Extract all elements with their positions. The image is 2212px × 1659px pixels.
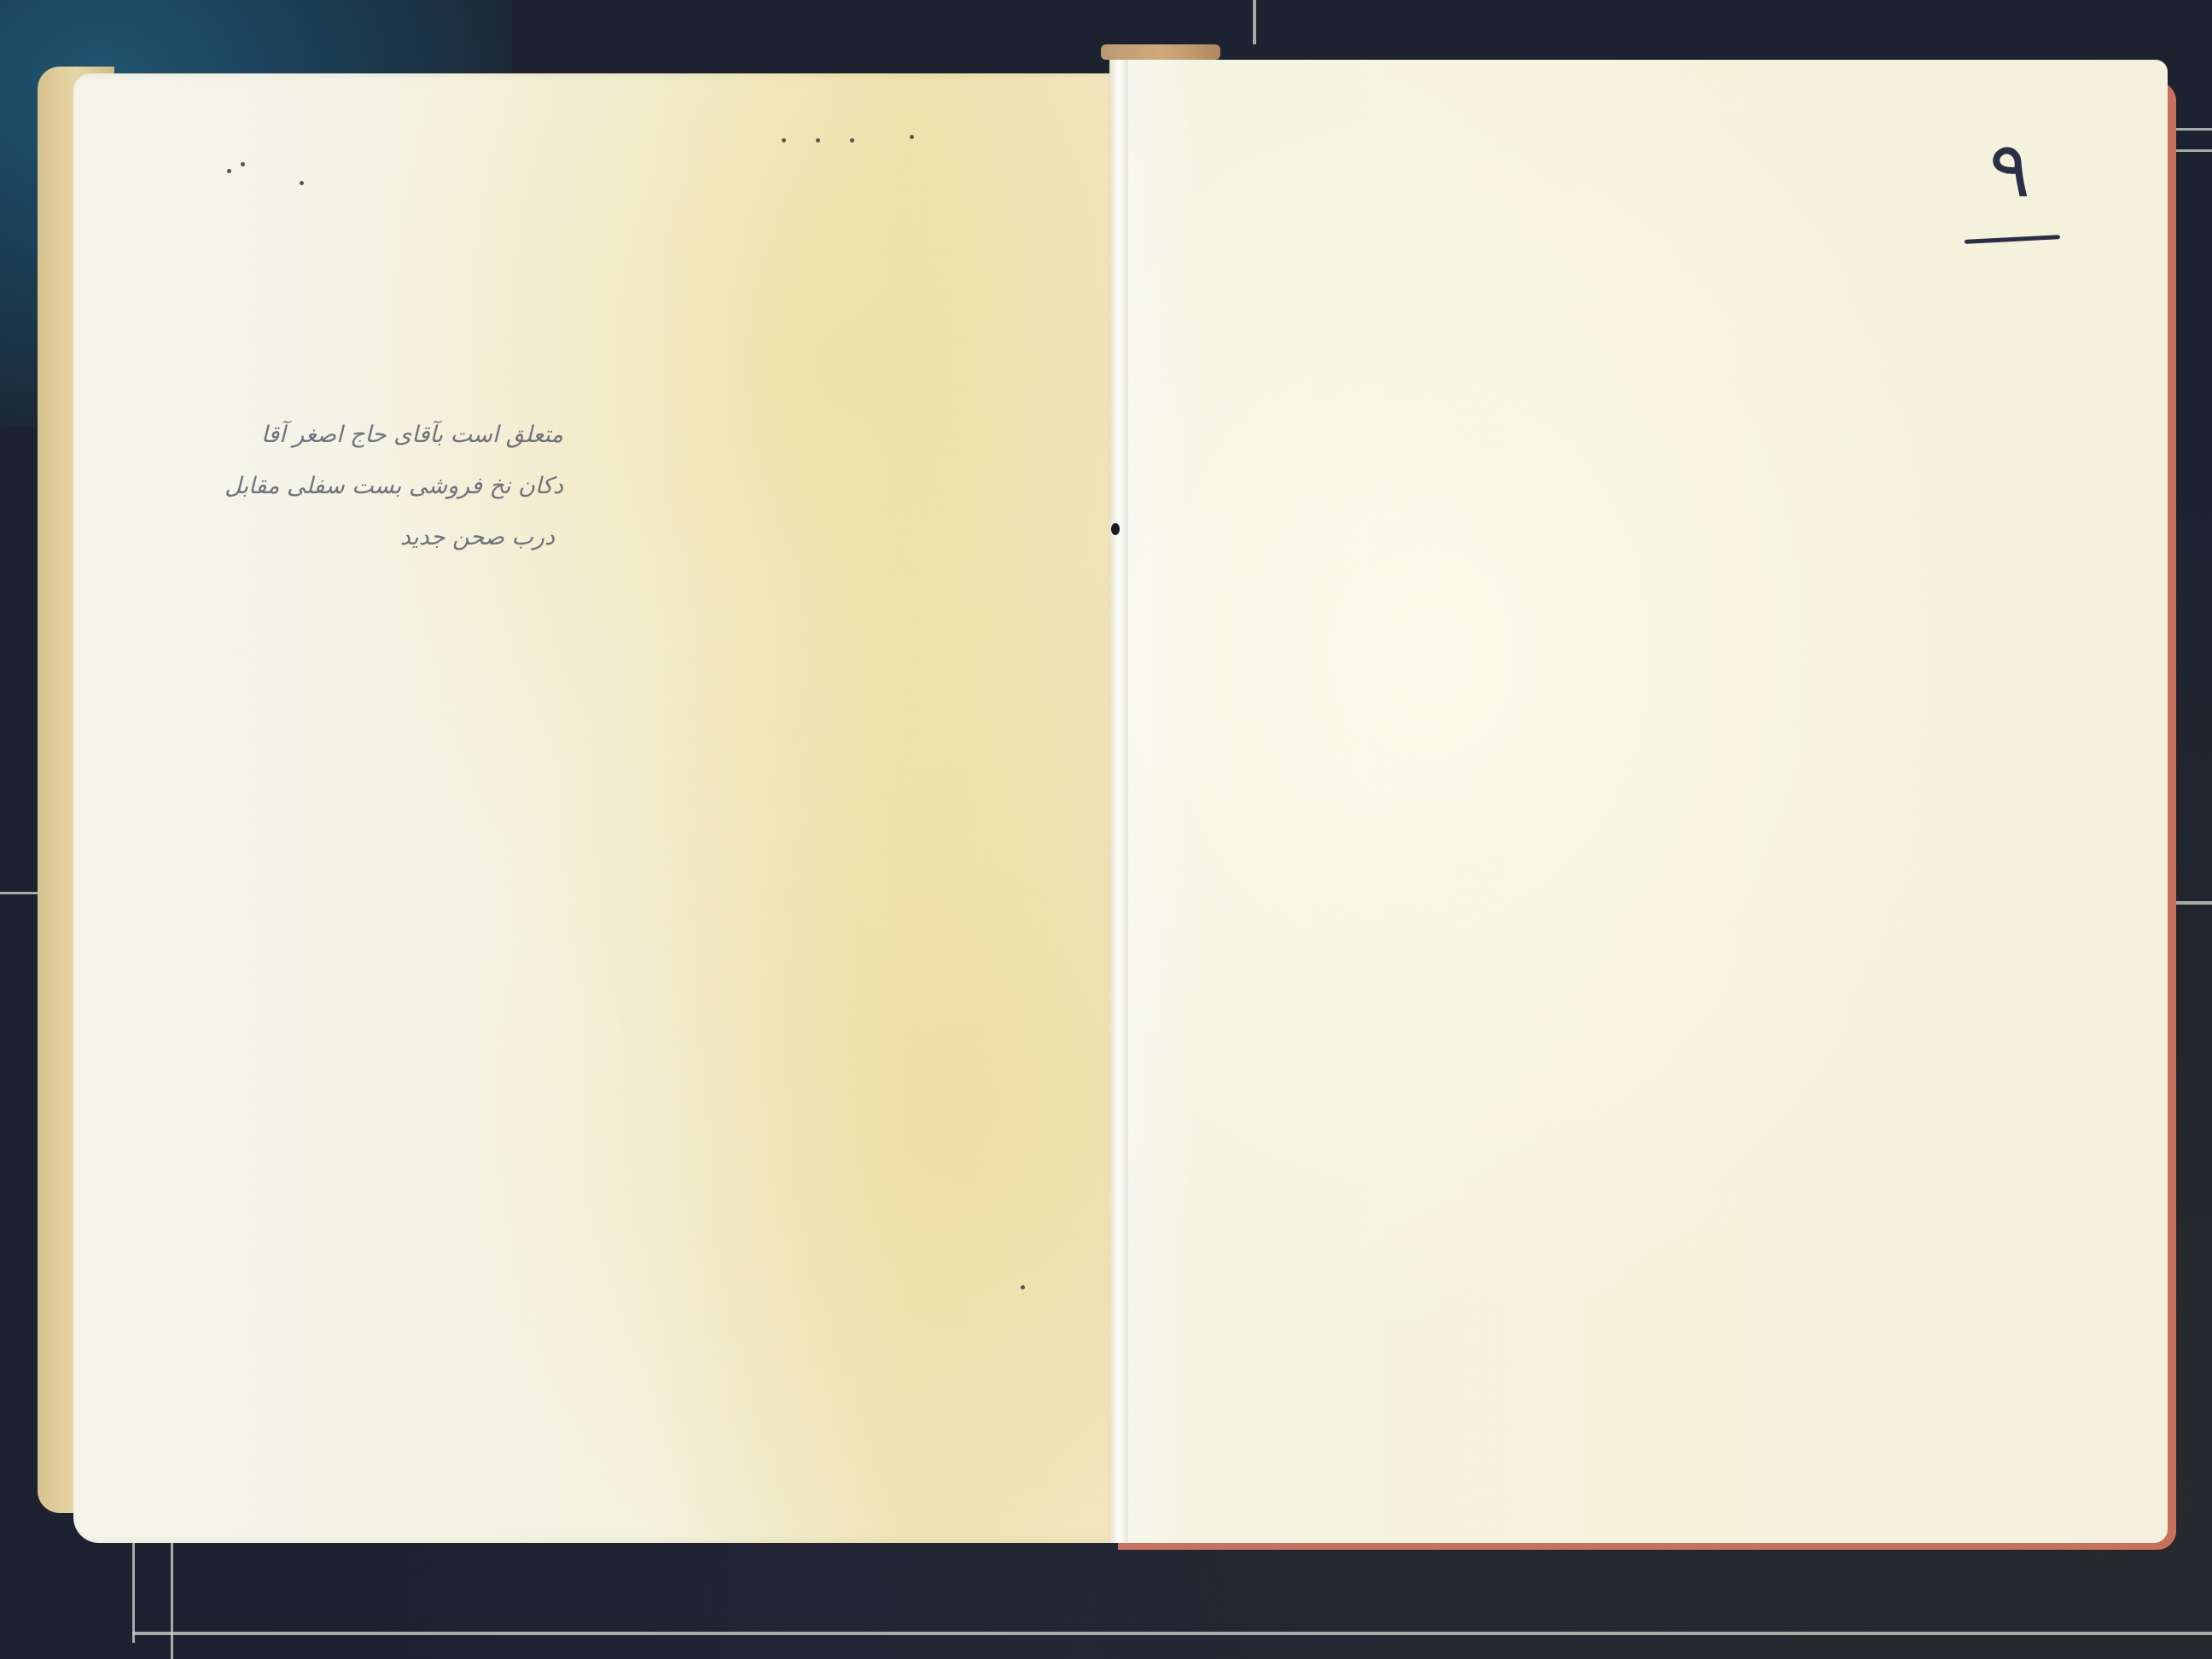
binding-stitch-hole (1111, 523, 1120, 535)
ink-speck (910, 135, 914, 139)
ink-speck (300, 181, 304, 185)
ink-speck (1021, 1285, 1025, 1289)
chalk-line (2174, 149, 2212, 152)
ownership-inscription: متعلق است بآقای حاج اصغر آقا دکان نخ فرو… (282, 410, 563, 563)
page-gutter (1109, 60, 1128, 1543)
inscription-line-3: درب صحن جدید (282, 512, 563, 563)
ink-speck (782, 138, 786, 143)
page-number: ٩ (1971, 128, 2048, 213)
ink-speck (816, 138, 820, 143)
inscription-line-1: متعلق است بآقای حاج اصغر آقا (282, 410, 563, 461)
chalk-line (171, 1540, 173, 1659)
chalk-line (1253, 0, 1256, 44)
right-page (1109, 60, 2168, 1543)
chalk-line (2172, 128, 2212, 131)
ink-speck (850, 138, 854, 143)
chalk-line (132, 1540, 135, 1643)
inscription-line-2: دکان نخ فروشی بست سفلی مقابل (282, 461, 563, 512)
ink-speck (227, 169, 231, 173)
chalk-line (0, 892, 43, 894)
ink-speck (241, 162, 245, 166)
chalk-line (132, 1632, 2212, 1635)
left-page (73, 73, 1119, 1543)
book-spine-top (1101, 44, 1220, 60)
